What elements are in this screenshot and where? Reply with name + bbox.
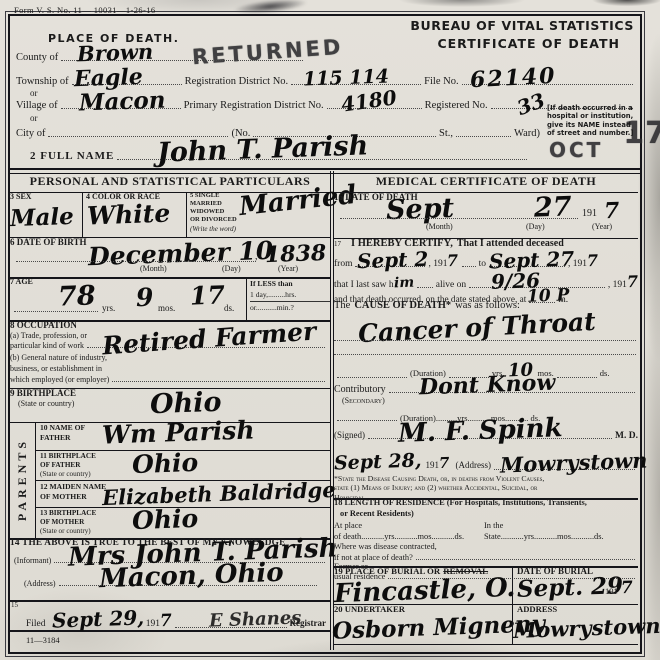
township-label: Township of: [16, 76, 69, 87]
contracted-line: [416, 557, 635, 560]
dob-year-hint: (Year): [278, 264, 298, 273]
age-ds-label: ds.: [224, 303, 234, 313]
residence-label-2: or Recent Residents): [340, 509, 638, 520]
occupation-b-line3: which employed (or employer): [10, 375, 109, 384]
certify-year1-value: 7: [447, 253, 459, 269]
certify-him-value: im: [393, 276, 414, 291]
age-months-value: 9: [136, 285, 154, 311]
certify-to-line: Sept 27: [489, 264, 565, 267]
burial-year-printed: 191: [605, 586, 618, 596]
contracted-label-1: Where was disease contracted,: [334, 542, 638, 553]
certify-year2-value: 7: [587, 253, 599, 269]
dob-line: [16, 247, 256, 262]
date-of-death-label: 16 DATE OF DEATH: [334, 192, 638, 203]
certificate-title: CERTIFICATE OF DEATH: [437, 36, 620, 51]
dob-year-value: 1838: [265, 242, 327, 266]
age-line: [14, 297, 98, 312]
signed-address-line: Mowrystown: [494, 467, 635, 470]
township-row: Township of Eagle Registration District …: [16, 76, 636, 87]
undertaker-address-label: ADDRESS: [517, 604, 638, 614]
certify-from-line: Sept 2: [355, 264, 425, 267]
certify-year1-printed: , 191: [428, 259, 447, 269]
burial-date-cell: DATE OF BURIAL Sept. 29 191 7: [512, 566, 638, 604]
city-ward-label: Ward): [514, 128, 540, 139]
contributory-line: Dont Know: [389, 390, 635, 393]
marital-cell: 5 SINGLE MARRIED WIDOWED OR DIVORCED (Wr…: [186, 192, 330, 237]
file-no-label: File No.: [424, 76, 458, 87]
undertaker-address-value: Mowrystown O: [513, 614, 660, 641]
primary-district-label: Primary Registration District No.: [184, 100, 324, 111]
reg-district-label: Registration District No.: [185, 76, 289, 87]
informant-address-line: Macon, Ohio: [59, 583, 317, 586]
death-year-printed: 191: [582, 208, 597, 219]
at-place-label-1: At place: [334, 521, 484, 532]
filed-number: 15: [11, 601, 18, 609]
duration2-lead: [337, 418, 397, 421]
certify-gap2: [417, 285, 433, 288]
sex-cell: 3 SEX Male: [10, 192, 82, 237]
signed-date-value: Sept 28,: [334, 451, 422, 473]
occupation-b-line: [112, 379, 325, 382]
filed-label: Filed: [26, 619, 46, 629]
burial-place-label: 19 PLACE OF BURIAL OR: [334, 566, 440, 576]
sex-race-marital-row: 3 SEX Male 4 COLOR OR RACE White 5 SINGL…: [10, 192, 330, 238]
full-name-value: John T. Parish: [157, 132, 369, 166]
parents-label: PARENTS: [15, 438, 30, 521]
cause-label-follows: was as follows:: [455, 300, 520, 311]
footnote-line2: state (1) Means of Injury; and (2) wheth…: [334, 483, 638, 492]
occupation-b-line2: business, or establishment in: [10, 364, 330, 375]
filed-row: 15 Filed Sept 29, 191 7 E Shanes Registr…: [10, 600, 330, 632]
sex-label: 3 SEX: [10, 192, 82, 202]
burial-place-value: Fincastle, O.: [334, 575, 516, 607]
footnote-line1: *State the Disease Causing Death, or, in…: [334, 474, 638, 483]
form-number: Form V. S. No. 11— 10031—1-26-16: [14, 5, 156, 15]
undertaker-row: 20 UNDERTAKER Osborn Migneny ADDRESS Mow…: [334, 604, 638, 645]
certify-year3-value: 7: [627, 274, 639, 290]
dob-row: 6 DATE OF BIRTH December 10 , 1838 (Mont…: [10, 237, 330, 279]
father-row: 10 NAME OF FATHER Wm Parish: [36, 422, 330, 451]
age-main-cell: 7 AGE 78 yrs. 9 mos. 17 ds.: [10, 277, 246, 320]
race-cell: 4 COLOR OR RACE White: [82, 192, 186, 237]
certify-number: 17: [334, 240, 341, 248]
signed-address-label: (Address): [455, 460, 491, 470]
primary-district-value: 4180: [340, 87, 398, 115]
township-line: Eagle: [72, 82, 182, 85]
burial-row: 19 PLACE OF BURIAL OR REMOVAL Fincastle,…: [334, 566, 638, 605]
full-name-row: 2 FULL NAME John T. Parish: [30, 150, 530, 162]
certify-saw-label: that I last saw h: [334, 280, 394, 290]
mother-value: Elizabeth Baldridge: [102, 479, 336, 508]
county-value: Brown: [77, 41, 154, 65]
signed-address-value: Mowrystown: [500, 449, 648, 475]
informant-address-label: (Address): [24, 579, 56, 588]
parents-block: PARENTS 10 NAME OF FATHER Wm Parish 11 B…: [10, 422, 330, 540]
county-row: County of Brown: [16, 52, 306, 63]
at-place-label-2: of death...........yrs...........mos....…: [334, 532, 484, 543]
cause-label-main: CAUSE OF DEATH*: [354, 300, 451, 311]
age-yrs-label: yrs.: [102, 303, 115, 313]
age-less-cell: If LESS than 1 day,.........hrs. or.....…: [246, 277, 330, 320]
date-of-death-row: 16 DATE OF DEATH Sept 27 191 7 (Month) (…: [334, 192, 638, 239]
personal-column: PERSONAL AND STATISTICAL PARTICULARS 3 S…: [10, 174, 330, 630]
death-year-value: 7: [604, 200, 620, 223]
in-state-label-1: In the: [484, 521, 638, 532]
age-less-line1: If LESS than: [250, 278, 330, 289]
marital-hint: (Write the word): [190, 225, 330, 233]
certify-from-label: from: [334, 259, 352, 269]
in-state-label-2: State...........yrs...........mos.......…: [484, 532, 638, 543]
burial-place-cell: 19 PLACE OF BURIAL OR REMOVAL Fincastle,…: [334, 566, 512, 604]
reg-district-value: 115 114: [303, 68, 390, 90]
certify-to-label: to: [479, 259, 486, 269]
city-st-label: St.,: [439, 128, 453, 139]
village-label: Village of: [16, 100, 58, 111]
age-less-line3: or...........min.?: [250, 302, 330, 313]
signed-year-value: 7: [439, 456, 450, 471]
father-bp-value: Ohio: [132, 450, 199, 477]
occupation-a-line2: particular kind of work: [10, 341, 84, 350]
burial-year-value: 7: [621, 580, 633, 597]
contracted-label-2: if not at place of death?: [334, 553, 413, 562]
township-value: Eagle: [73, 66, 142, 90]
death-date-line: [340, 204, 578, 219]
registered-no-label: Registered No.: [425, 100, 488, 111]
filed-date-value: Sept 29,: [51, 607, 144, 630]
medical-title: MEDICAL CERTIFICATE OF DEATH: [334, 174, 638, 193]
signed-value: M. F. Spink: [398, 415, 563, 447]
informant-address-value: Macon, Ohio: [98, 560, 283, 592]
cause-line1: [334, 326, 636, 341]
father-value: Wm Parish: [102, 417, 255, 447]
city-ward-line: [456, 134, 511, 137]
dob-day-hint: (Day): [222, 264, 241, 273]
certify-gap1: [462, 264, 476, 267]
signed-label: (Signed): [334, 430, 365, 440]
oct-date-stamp: OCT: [549, 138, 603, 162]
md-label: M. D.: [615, 431, 638, 441]
signed-line: M. F. Spink: [368, 436, 612, 439]
filed-year-printed: 191: [146, 619, 160, 629]
death-certificate-scan: Form V. S. No. 11— 10031—1-26-16 BUREAU …: [0, 0, 660, 660]
residence-label-1: 18 LENGTH OF RESIDENCE (For Hospitals, I…: [334, 498, 638, 509]
village-value: Macon: [78, 88, 165, 114]
county-line: Brown: [61, 58, 303, 61]
file-no-line: 62140: [462, 82, 633, 85]
father-birthplace-row: 11 BIRTHPLACE OF FATHER (State or countr…: [36, 451, 330, 481]
cause-footnote: *State the Disease Causing Death, or, in…: [334, 474, 638, 500]
village-line: Macon: [61, 106, 181, 109]
footer-code: 11—3184: [26, 635, 60, 645]
full-name-line: John T. Parish: [117, 157, 527, 160]
duration-ds-label: ds.: [600, 368, 610, 378]
death-day-hint: (Day): [526, 222, 545, 231]
reg-district-line: 115 114: [291, 82, 421, 85]
county-label: County of: [16, 52, 58, 63]
death-month-hint: (Month): [426, 222, 453, 231]
city-label: City of: [16, 128, 45, 139]
registrar-signature-line: E Shanes: [175, 625, 287, 628]
contributory-label: Contributory: [334, 384, 386, 395]
primary-district-line: 4180: [327, 106, 422, 109]
parents-fields: 10 NAME OF FATHER Wm Parish 11 BIRTHPLAC…: [36, 422, 330, 538]
occupation-row: 8 OCCUPATION (a) Trade, profession, or p…: [10, 320, 330, 389]
sex-value: Male: [10, 205, 74, 230]
age-less-line2: 1 day,.........hrs.: [250, 289, 330, 301]
certify-year3-printed: , 191: [608, 280, 627, 290]
parents-side-label-cell: PARENTS: [10, 422, 36, 538]
informant-label: (Informant): [14, 556, 51, 565]
cause-label-the: The: [334, 300, 350, 311]
certify-alive-label: alive on: [436, 280, 466, 290]
full-name-label: 2 FULL NAME: [30, 150, 114, 162]
cause-line2: [334, 340, 636, 355]
cause-block: The CAUSE OF DEATH* was as follows: Canc…: [334, 300, 638, 378]
hospital-note: [If death occurred in a hospital or inst…: [547, 104, 637, 138]
registrar-signature: E Shanes: [208, 609, 301, 630]
mother-birthplace-row: 13 BIRTHPLACE OF MOTHER (State or countr…: [36, 508, 330, 537]
birthplace-value: Ohio: [150, 389, 222, 418]
undertaker-cell: 20 UNDERTAKER Osborn Migneny: [334, 604, 512, 645]
residence-block: 18 LENGTH OF RESIDENCE (For Hospitals, I…: [334, 498, 638, 568]
or-label-2: or: [30, 113, 38, 123]
undertaker-address-cell: ADDRESS Mowrystown O: [512, 604, 638, 645]
age-mos-label: mos.: [158, 303, 175, 313]
certify-from-value: Sept 2: [357, 249, 429, 271]
mother-bp-value: Ohio: [132, 506, 199, 533]
age-days-value: 17: [190, 282, 226, 308]
filed-year-value: 7: [160, 613, 172, 630]
medical-column: MEDICAL CERTIFICATE OF DEATH 16 DATE OF …: [334, 174, 638, 645]
informant-block: 14 THE ABOVE IS TRUE TO THE BEST OF MY K…: [10, 538, 330, 602]
or-label-1: or: [30, 88, 38, 98]
death-year-hint: (Year): [592, 222, 612, 231]
signed-block: (Signed) M. F. Spink M. D. Sept 28, 191 …: [334, 430, 638, 474]
race-value: White: [87, 201, 171, 229]
contributory-value: Dont Know: [418, 372, 555, 399]
signed-year-printed: 191: [426, 460, 440, 470]
dob-month-hint: (Month): [140, 264, 167, 273]
file-no-value: 62140: [469, 65, 557, 91]
bureau-title: BUREAU OF VITAL STATISTICS: [410, 18, 634, 33]
age-row: 7 AGE 78 yrs. 9 mos. 17 ds. If LESS than…: [10, 277, 330, 322]
certify-block: 17 I HEREBY CERTIFY, That I attended dec…: [334, 238, 638, 300]
village-row: Village of Macon Primary Registration Di…: [16, 100, 636, 111]
